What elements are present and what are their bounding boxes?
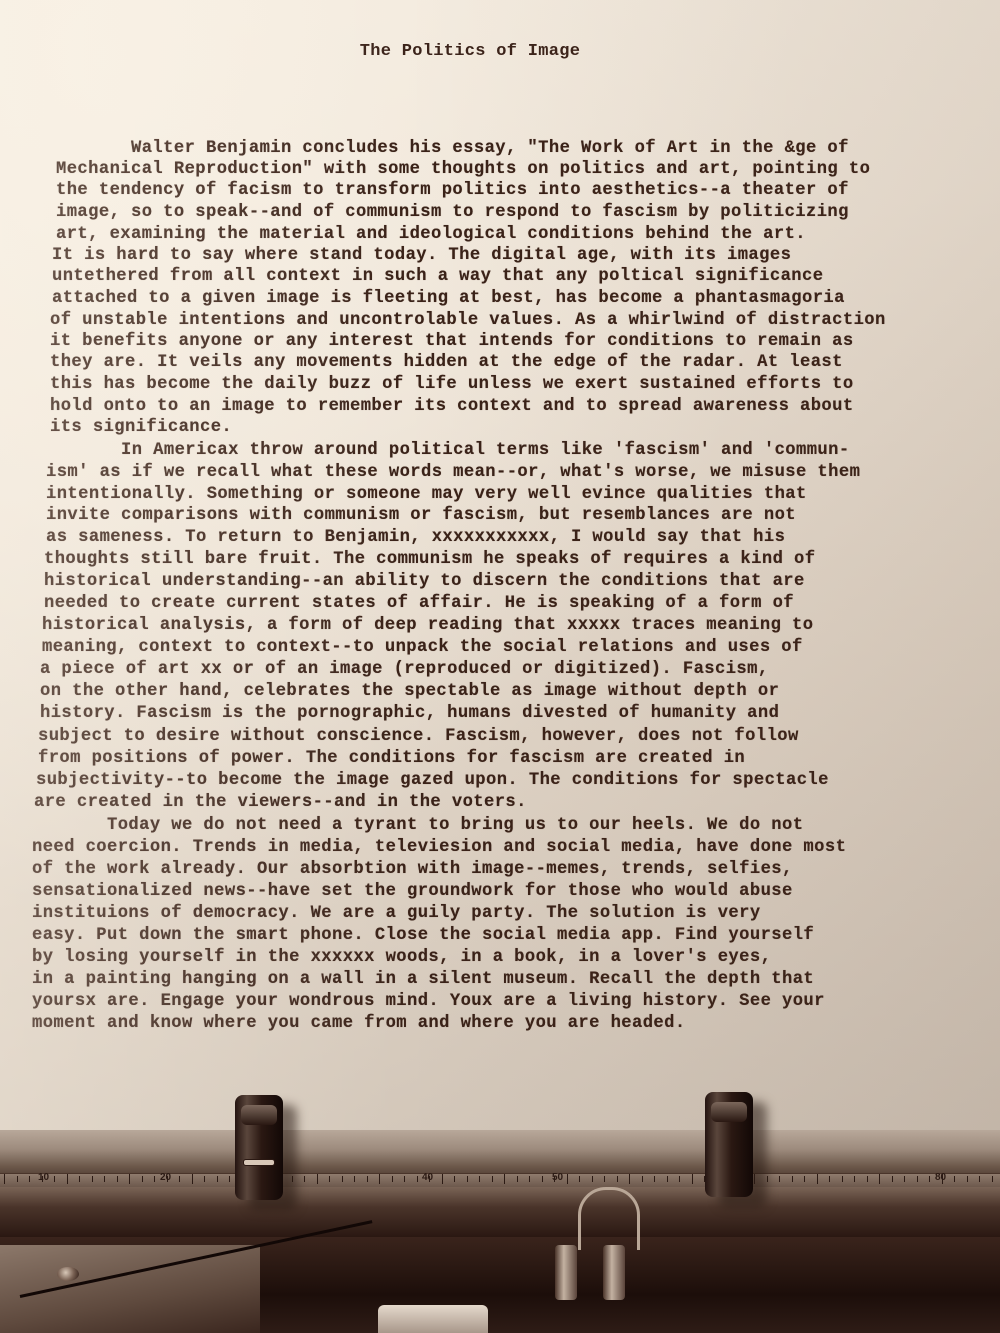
scale-tick	[417, 1176, 418, 1182]
scale-tick	[404, 1176, 405, 1182]
typed-line: subject to desire without conscience. Fa…	[38, 726, 799, 748]
scale-tick	[617, 1176, 618, 1182]
scale-tick	[754, 1174, 755, 1184]
typed-line: needed to create current states of affai…	[44, 593, 794, 615]
typed-line: they are. It veils any movements hidden …	[50, 352, 843, 374]
scale-tick	[304, 1176, 305, 1182]
typed-line: hold onto to an image to remember its co…	[50, 396, 854, 418]
scale-tick	[917, 1176, 918, 1182]
scale-tick	[529, 1176, 530, 1182]
scale-tick	[792, 1176, 793, 1182]
typed-line: thoughts still bare fruit. The communism…	[44, 549, 815, 571]
scale-tick	[154, 1176, 155, 1182]
scale-number: 10	[38, 1172, 49, 1183]
scale-tick	[54, 1176, 55, 1182]
scale-tick	[879, 1174, 880, 1184]
scale-tick	[104, 1176, 105, 1182]
paper-bail-roller-left[interactable]	[235, 1095, 283, 1200]
scale-tick	[517, 1176, 518, 1182]
typed-line: its significance.	[50, 417, 232, 439]
scale-tick	[479, 1176, 480, 1182]
scale-tick	[604, 1176, 605, 1182]
scale-tick	[367, 1176, 368, 1182]
typed-line: instituions of democracy. We are a guily…	[32, 903, 761, 925]
scale-tick	[92, 1176, 93, 1182]
scale-tick	[829, 1176, 830, 1182]
typed-line: need coercion. Trends in media, televies…	[32, 837, 846, 859]
typed-line: history. Fascism is the pornographic, hu…	[40, 703, 779, 725]
typed-line: by losing yourself in the xxxxxx woods, …	[32, 947, 771, 969]
typed-line: easy. Put down the smart phone. Close th…	[32, 925, 814, 947]
scale-tick	[542, 1176, 543, 1182]
scale-tick	[504, 1174, 505, 1184]
scale-tick	[579, 1176, 580, 1182]
scale-tick	[667, 1176, 668, 1182]
card-holder	[378, 1305, 488, 1333]
scale-tick	[767, 1176, 768, 1182]
scale-tick	[142, 1176, 143, 1182]
scale-tick	[592, 1176, 593, 1182]
typed-line: It is hard to say where stand today. The…	[52, 245, 791, 267]
typed-line: it benefits anyone or any interest that …	[50, 331, 854, 353]
scale-tick	[954, 1176, 955, 1182]
scale-tick	[192, 1174, 193, 1184]
scale-tick	[967, 1176, 968, 1182]
typed-line: sensationalized news--have set the groun…	[32, 881, 793, 903]
typed-line: attached to a given image is fleeting at…	[52, 288, 845, 310]
scale-tick	[354, 1176, 355, 1182]
scale-tick	[4, 1174, 5, 1184]
scale-tick	[442, 1174, 443, 1184]
carriage-bar	[0, 1187, 1000, 1237]
typewriter-paper-sheet: The Politics of Image Walter Benjamin co…	[0, 0, 1000, 1150]
scale-number: 20	[160, 1172, 171, 1183]
typed-line: intentionally. Something or someone may …	[46, 484, 807, 506]
scale-tick	[867, 1176, 868, 1182]
scale-tick	[392, 1176, 393, 1182]
scale-tick	[217, 1176, 218, 1182]
typed-line: historical analysis, a form of deep read…	[42, 615, 813, 637]
typed-line: this has become the daily buzz of life u…	[50, 374, 854, 396]
typed-line: are created in the viewers--and in the v…	[34, 792, 527, 814]
scale-tick	[79, 1176, 80, 1182]
typed-line: subjectivity--to become the image gazed …	[36, 770, 829, 792]
scale-tick	[379, 1174, 380, 1184]
typed-line: as sameness. To return to Benjamin, xxxx…	[46, 527, 785, 549]
scale-number: 80	[935, 1172, 946, 1183]
scale-tick	[317, 1174, 318, 1184]
typed-line: historical understanding--an ability to …	[44, 571, 805, 593]
screw-icon	[57, 1267, 79, 1281]
typed-line: ism' as if we recall what these words me…	[46, 462, 860, 484]
scale-tick	[692, 1174, 693, 1184]
scale-tick	[992, 1176, 993, 1182]
scale-tick	[342, 1176, 343, 1182]
typed-line: of the work already. Our absorbtion with…	[32, 859, 793, 881]
typed-line: on the other hand, celebrates the specta…	[40, 681, 779, 703]
typed-line: meaning, context to context--to unpack t…	[42, 637, 803, 659]
scale-tick	[17, 1176, 18, 1182]
typebar	[555, 1245, 577, 1300]
typed-line: art, examining the material and ideologi…	[56, 224, 806, 246]
scale-tick	[292, 1176, 293, 1182]
scale-tick	[629, 1174, 630, 1184]
typed-line: a piece of art xx or of an image (reprod…	[40, 659, 769, 681]
scale-tick	[467, 1176, 468, 1182]
typebar	[603, 1245, 625, 1300]
scale-tick	[817, 1174, 818, 1184]
typed-line: yoursx are. Engage your wondrous mind. Y…	[32, 991, 825, 1013]
scale-tick	[979, 1176, 980, 1182]
scale-tick	[679, 1176, 680, 1182]
scale-tick	[329, 1176, 330, 1182]
typed-line: of unstable intentions and uncontrolable…	[50, 310, 886, 332]
paper-bail-roller-right[interactable]	[705, 1092, 753, 1197]
scale-tick	[804, 1176, 805, 1182]
scale-tick	[904, 1176, 905, 1182]
margin-scale-ruler: 1020405080	[0, 1173, 1000, 1188]
carriage-plate	[0, 1245, 260, 1333]
typed-line: untethered from all context in such a wa…	[52, 266, 823, 288]
scale-tick	[654, 1176, 655, 1182]
typed-line: Today we do not need a tyrant to bring u…	[32, 815, 803, 837]
scale-tick	[929, 1176, 930, 1182]
scale-tick	[492, 1176, 493, 1182]
typed-line: in a painting hanging on a wall in a sil…	[32, 969, 814, 991]
typed-line: moment and know where you came from and …	[32, 1013, 686, 1035]
scale-tick	[204, 1176, 205, 1182]
scale-tick	[229, 1176, 230, 1182]
scale-tick	[67, 1174, 68, 1184]
scale-tick	[29, 1176, 30, 1182]
type-guide	[578, 1187, 640, 1250]
scale-tick	[779, 1176, 780, 1182]
typed-line: Walter Benjamin concludes his essay, "Th…	[56, 138, 849, 160]
document-title: The Politics of Image	[0, 42, 940, 61]
scale-tick	[642, 1176, 643, 1182]
typed-line: invite comparisons with communism or fas…	[46, 505, 796, 527]
typed-line: from positions of power. The conditions …	[38, 748, 745, 770]
typed-line: In Americax throw around political terms…	[46, 440, 850, 462]
scale-tick	[854, 1176, 855, 1182]
scale-tick	[892, 1176, 893, 1182]
slot-icon	[243, 1159, 275, 1166]
typed-line: image, so to speak--and of communism to …	[56, 202, 849, 224]
typed-line: the tendency of facism to transform poli…	[56, 180, 849, 202]
scale-tick	[454, 1176, 455, 1182]
scale-tick	[129, 1174, 130, 1184]
typed-line: Mechanical Reproduction" with some thoug…	[56, 159, 870, 181]
scale-number: 40	[422, 1172, 433, 1183]
scale-tick	[179, 1176, 180, 1182]
typewriter-machine: 1020405080	[0, 1095, 1000, 1333]
scale-tick	[842, 1176, 843, 1182]
scale-tick	[567, 1174, 568, 1184]
scale-number: 50	[552, 1172, 563, 1183]
scale-tick	[117, 1176, 118, 1182]
